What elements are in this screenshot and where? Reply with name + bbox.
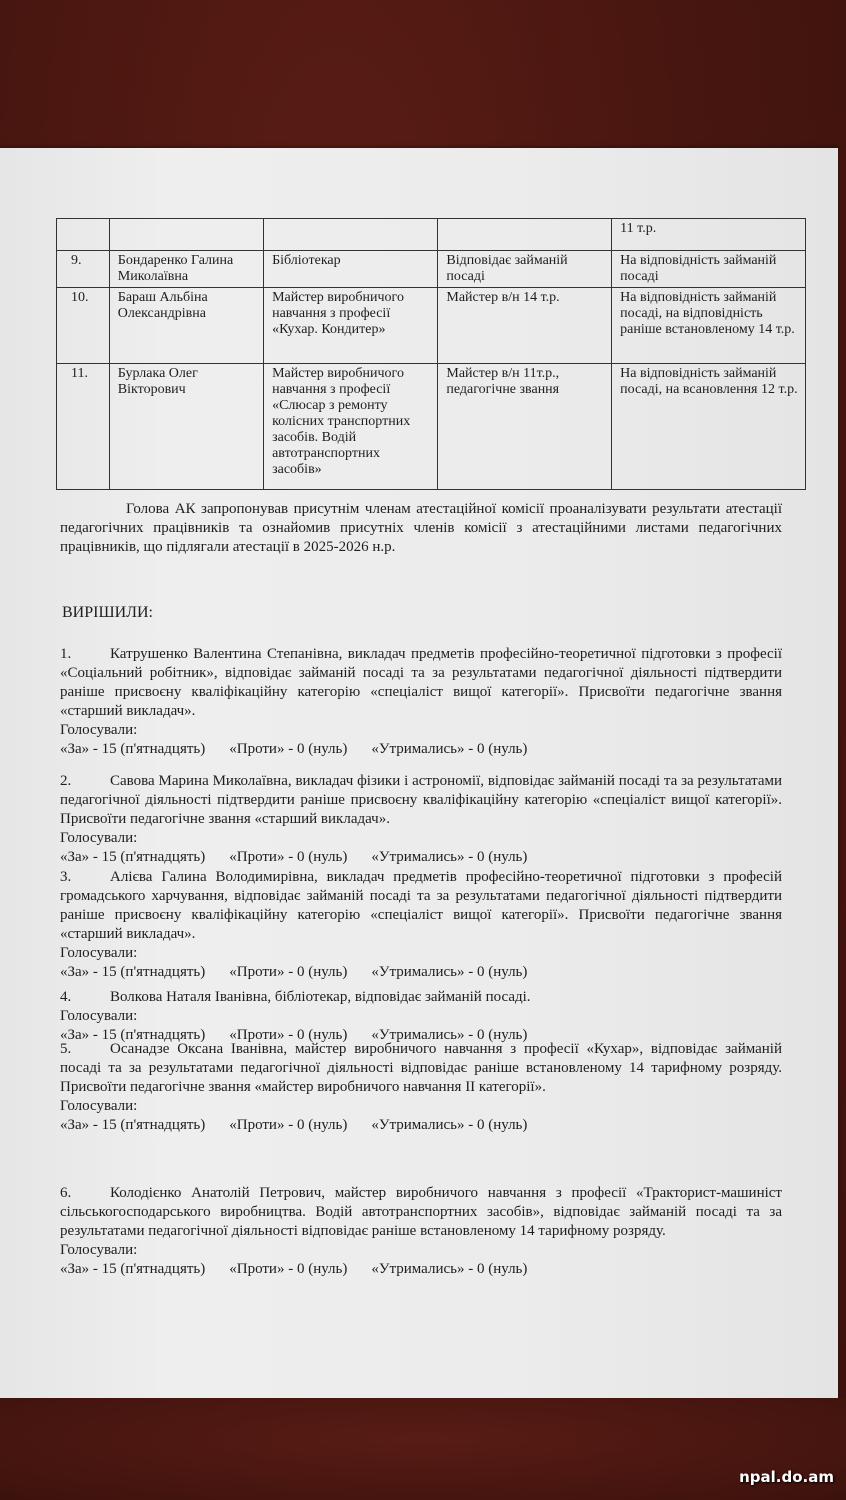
watermark: npal.do.am <box>739 1468 834 1486</box>
cell-num: 10. <box>57 288 110 364</box>
vote-results: «За» - 15 (п'ятнадцять)«Проти» - 0 (нуль… <box>60 1260 782 1279</box>
decision-number: 5. <box>60 1040 110 1059</box>
decision-text: Осанадзе Оксана Іванівна, майстер виробн… <box>60 1041 782 1095</box>
cell-position: Майстер виробничого навчання з професії … <box>264 364 438 490</box>
decision-number: 1. <box>60 645 110 664</box>
cell-qualification: Майстер в/н 14 т.р. <box>438 288 612 364</box>
decision-item: 2.Савова Марина Миколаївна, викладач фіз… <box>60 772 782 867</box>
cell-result: На відповідність займаній посаді <box>612 251 806 288</box>
cell-name: Бараш Альбіна Олександрівна <box>109 288 263 364</box>
votes-for: «За» - 15 (п'ятнадцять) <box>60 1117 205 1133</box>
section-heading: ВИРІШИЛИ: <box>62 604 153 622</box>
votes-abstained: «Утримались» - 0 (нуль) <box>371 964 527 980</box>
decision-number: 6. <box>60 1184 110 1203</box>
votes-for: «За» - 15 (п'ятнадцять) <box>60 741 205 757</box>
intro-paragraph: Голова АК запропонував присутнім членам … <box>60 500 782 557</box>
votes-abstained: «Утримались» - 0 (нуль) <box>371 849 527 865</box>
vote-label: Голосували: <box>60 829 782 848</box>
votes-abstained: «Утримались» - 0 (нуль) <box>371 1261 527 1277</box>
votes-for: «За» - 15 (п'ятнадцять) <box>60 964 205 980</box>
decision-number: 4. <box>60 988 110 1007</box>
cell-qualification <box>438 219 612 251</box>
votes-for: «За» - 15 (п'ятнадцять) <box>60 849 205 865</box>
decision-number: 3. <box>60 868 110 887</box>
table-row: 10. Бараш Альбіна Олександрівна Майстер … <box>57 288 806 364</box>
vote-label: Голосували: <box>60 1007 782 1026</box>
vote-label: Голосували: <box>60 944 782 963</box>
decision-number: 2. <box>60 772 110 791</box>
cell-position: Бібліотекар <box>264 251 438 288</box>
decision-item: 6.Колодієнко Анатолій Петрович, майстер … <box>60 1184 782 1279</box>
votes-against: «Проти» - 0 (нуль) <box>229 1261 347 1277</box>
decision-text: Савова Марина Миколаївна, викладач фізик… <box>60 773 782 827</box>
cell-qualification: Відповідає займаній посаді <box>438 251 612 288</box>
vote-results: «За» - 15 (п'ятнадцять)«Проти» - 0 (нуль… <box>60 740 782 759</box>
cell-num: 9. <box>57 251 110 288</box>
votes-abstained: «Утримались» - 0 (нуль) <box>371 1117 527 1133</box>
cell-result: На відповідність займаній посаді, на від… <box>612 288 806 364</box>
decision-text: Алієва Галина Володимирівна, викладач пр… <box>60 869 782 942</box>
votes-against: «Проти» - 0 (нуль) <box>229 964 347 980</box>
decision-item: 4.Волкова Наталя Іванівна, бібліотекар, … <box>60 988 782 1045</box>
vote-results: «За» - 15 (п'ятнадцять)«Проти» - 0 (нуль… <box>60 963 782 982</box>
background-surface <box>0 1398 846 1500</box>
cell-name: Бурлака Олег Вікторович <box>109 364 263 490</box>
cell-result: На відповідність займаній посаді, на вса… <box>612 364 806 490</box>
attestation-table: 11 т.р. 9. Бондаренко Галина Миколаївна … <box>56 218 806 490</box>
table-row: 11. Бурлака Олег Вікторович Майстер виро… <box>57 364 806 490</box>
cell-num <box>57 219 110 251</box>
votes-for: «За» - 15 (п'ятнадцять) <box>60 1261 205 1277</box>
table-row: 11 т.р. <box>57 219 806 251</box>
decision-text: Волкова Наталя Іванівна, бібліотекар, ві… <box>110 989 531 1005</box>
votes-abstained: «Утримались» - 0 (нуль) <box>371 741 527 757</box>
table-row: 9. Бондаренко Галина Миколаївна Бібліоте… <box>57 251 806 288</box>
votes-against: «Проти» - 0 (нуль) <box>229 849 347 865</box>
cell-name <box>109 219 263 251</box>
vote-results: «За» - 15 (п'ятнадцять)«Проти» - 0 (нуль… <box>60 848 782 867</box>
vote-label: Голосували: <box>60 1241 782 1260</box>
votes-against: «Проти» - 0 (нуль) <box>229 1117 347 1133</box>
vote-label: Голосували: <box>60 1097 782 1116</box>
cell-position <box>264 219 438 251</box>
vote-label: Голосували: <box>60 721 782 740</box>
cell-qualification: Майстер в/н 11т.р., педагогічне звання <box>438 364 612 490</box>
cell-num: 11. <box>57 364 110 490</box>
cell-result: 11 т.р. <box>612 219 806 251</box>
decision-item: 3.Алієва Галина Володимирівна, викладач … <box>60 868 782 982</box>
cell-name: Бондаренко Галина Миколаївна <box>109 251 263 288</box>
decision-item: 1.Катрушенко Валентина Степанівна, викла… <box>60 645 782 759</box>
vote-results: «За» - 15 (п'ятнадцять)«Проти» - 0 (нуль… <box>60 1116 782 1135</box>
votes-against: «Проти» - 0 (нуль) <box>229 741 347 757</box>
cell-position: Майстер виробничого навчання з професії … <box>264 288 438 364</box>
decision-text: Катрушенко Валентина Степанівна, виклада… <box>60 646 782 719</box>
decision-text: Колодієнко Анатолій Петрович, майстер ви… <box>60 1185 782 1239</box>
decision-item: 5.Осанадзе Оксана Іванівна, майстер виро… <box>60 1040 782 1135</box>
